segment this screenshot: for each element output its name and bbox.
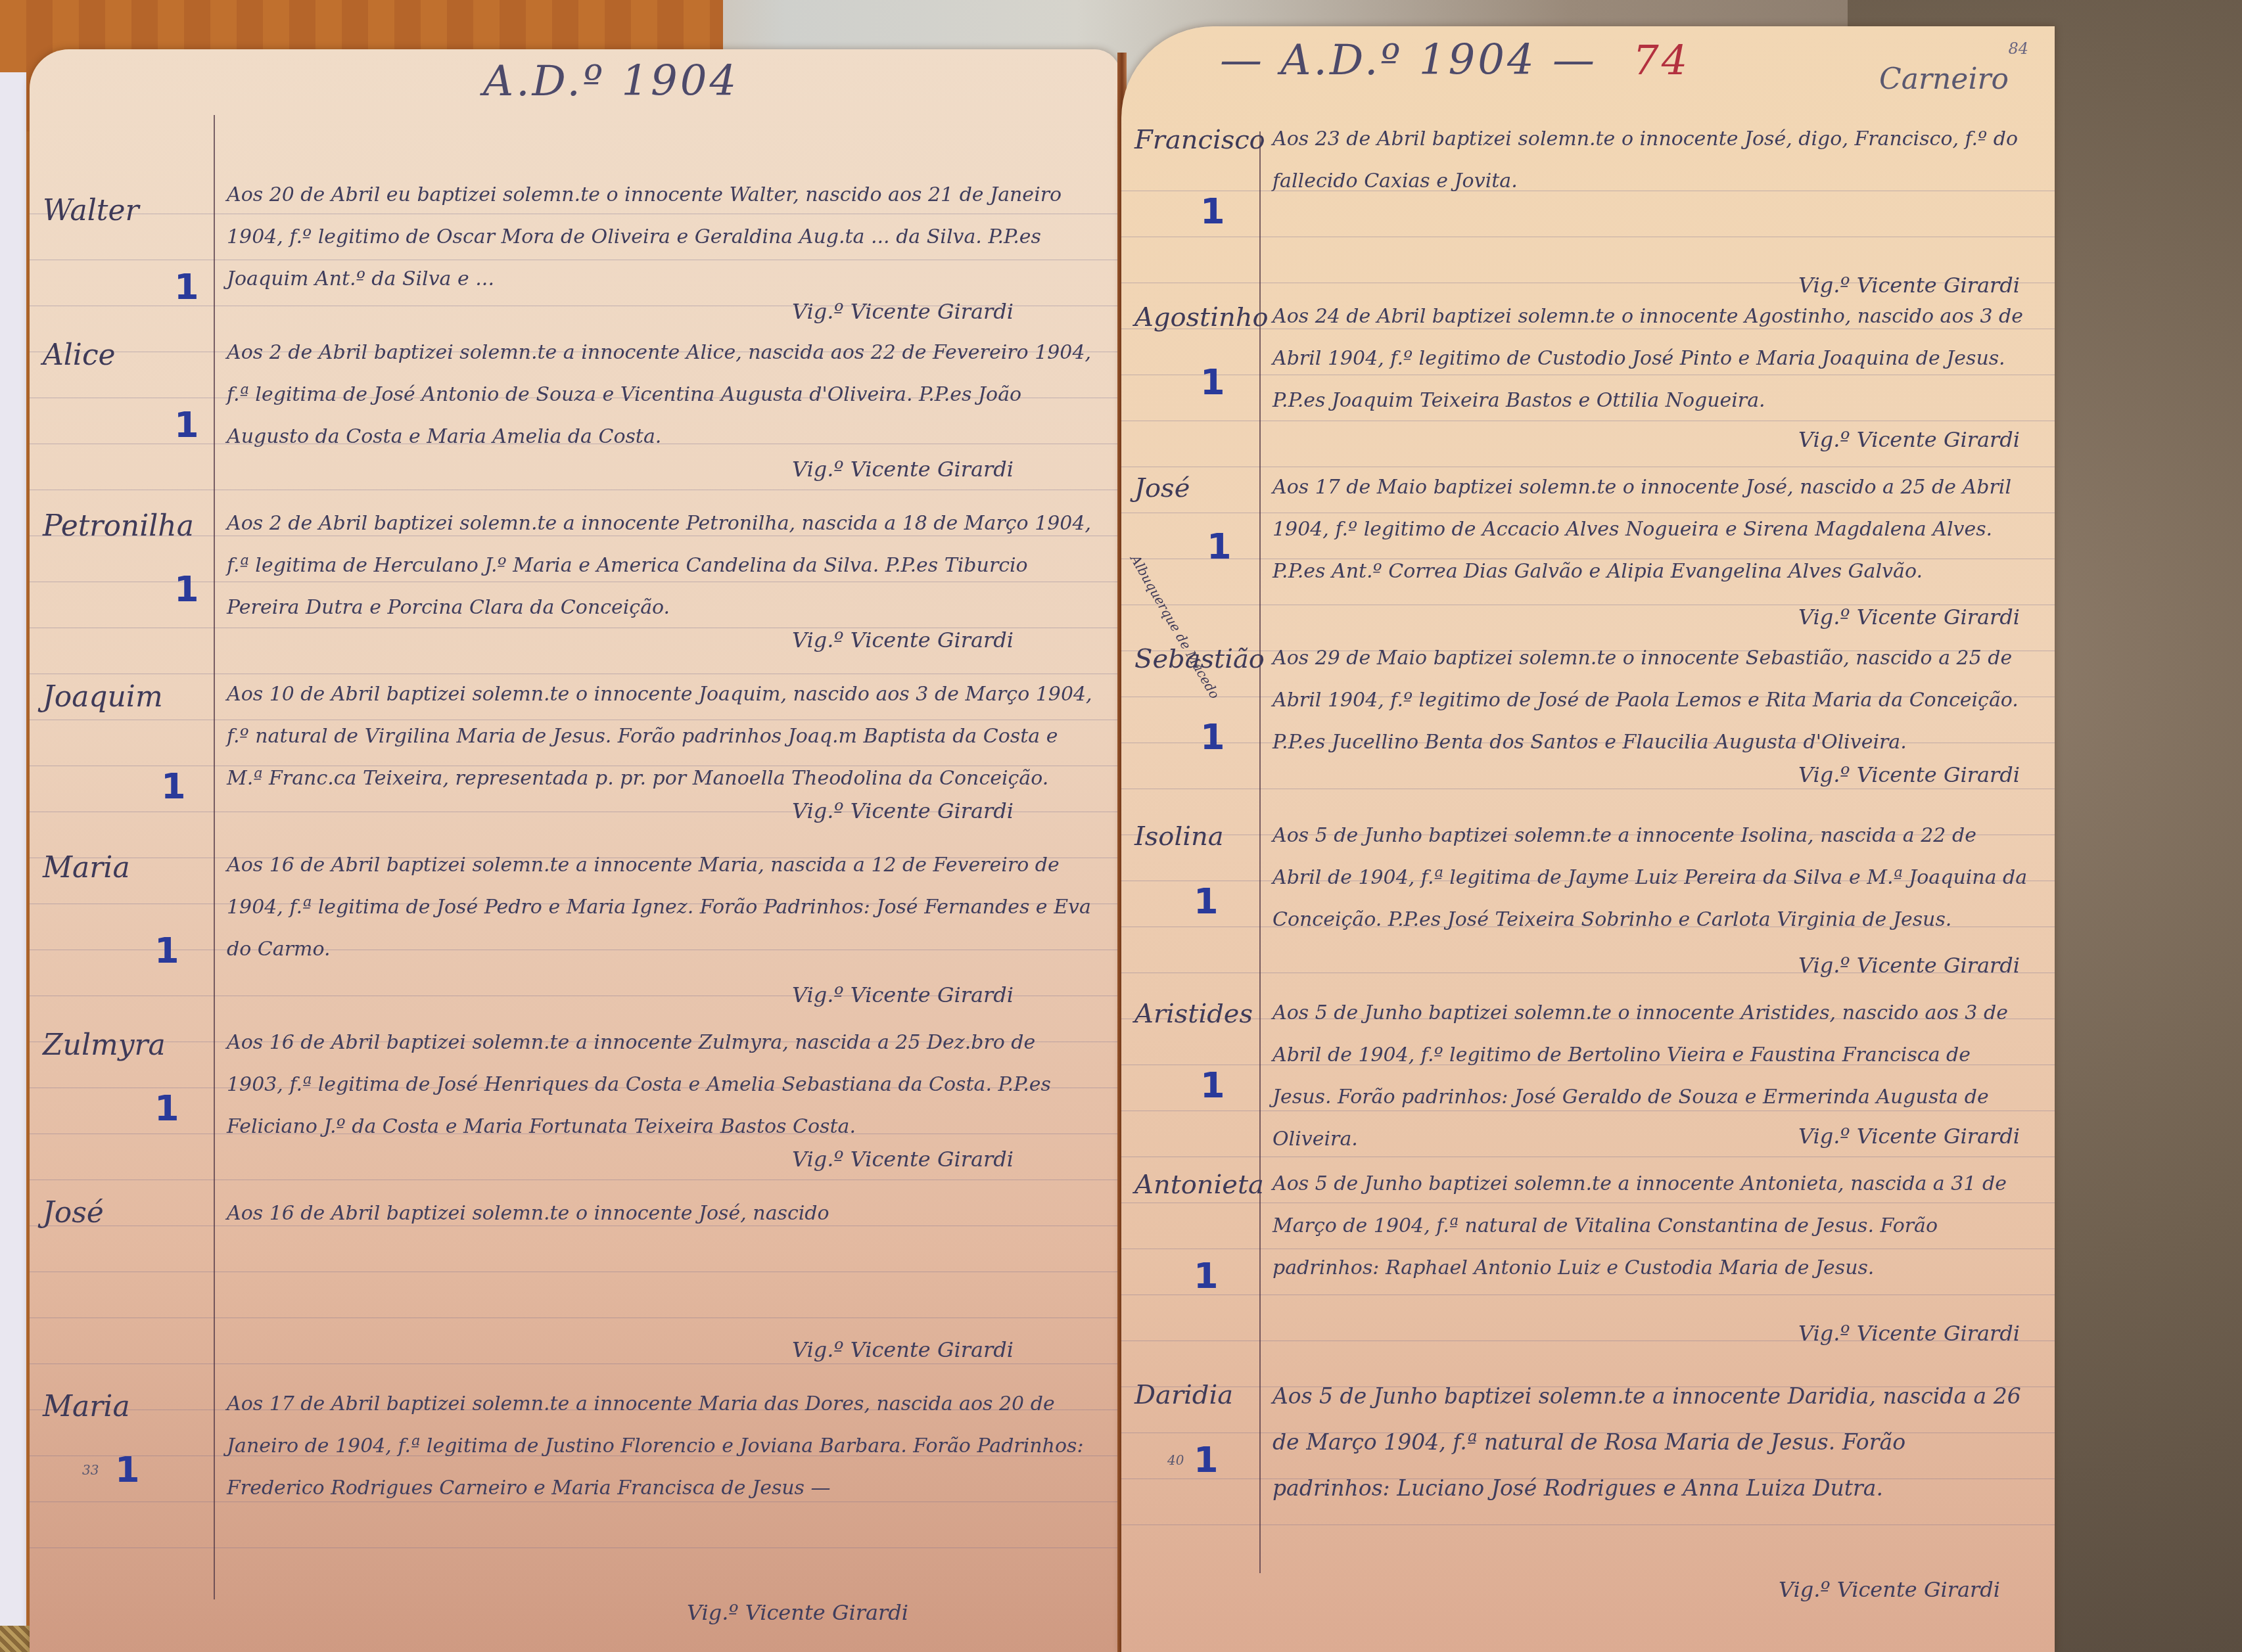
entry-signature: Vig.º Vicente Girardi [792, 457, 1014, 482]
entry-name: Petronilha [43, 509, 214, 543]
entry-signature: Vig.º Vicente Girardi [792, 1337, 1014, 1362]
entry-text: Aos 16 de Abril baptizei solemn.te o inn… [227, 1193, 1094, 1235]
entry-tally: 1 [1207, 526, 1232, 567]
entry-tally: 1 [1200, 1065, 1225, 1106]
margin-line [214, 115, 215, 1599]
entry-name: Francisco [1134, 125, 1266, 155]
entry-name: José [43, 1196, 214, 1229]
entry-text: Aos 17 de Maio baptizei solemn.te o inno… [1273, 467, 2028, 593]
entry-signature: Vig.º Vicente Girardi [1798, 1124, 2020, 1149]
entry-note: 40 [1167, 1452, 1184, 1468]
entry-text: Aos 16 de Abril baptizei solemn.te a inn… [227, 844, 1094, 971]
entry-text: Aos 5 de Junho baptizei solemn.te a inno… [1273, 815, 2028, 941]
entry-tally: 1 [1200, 716, 1225, 758]
entry-signature: Vig.º Vicente Girardi [792, 1147, 1014, 1172]
entry-name: Maria [43, 851, 214, 884]
white-sheet-edge [0, 72, 26, 1636]
entry-tally: 1 [174, 404, 199, 446]
entry-tally: 1 [1194, 881, 1219, 922]
entry-text: Aos 24 de Abril baptizei solemn.te o inn… [1273, 296, 2028, 422]
margin-line [1259, 131, 1261, 1573]
entry-text: Aos 2 de Abril baptizei solemn.te a inno… [227, 332, 1094, 458]
entry-tally: 1 [154, 1088, 179, 1129]
entry-signature: Vig.º Vicente Girardi [1798, 762, 2020, 787]
entry-name: Antonieta [1134, 1170, 1266, 1200]
entry-name: Daridia [1134, 1380, 1266, 1410]
entry-text: Aos 5 de Junho baptizei solemn.te a inno… [1273, 1373, 2028, 1511]
corner-annotation: Carneiro [1879, 62, 2009, 96]
entry-text: Aos 10 de Abril baptizei solemn.te o inn… [227, 674, 1094, 800]
entry-text: Aos 2 de Abril baptizei solemn.te a inno… [227, 503, 1094, 629]
entry-name: Aristides [1134, 999, 1266, 1029]
entry-tally: 1 [1200, 191, 1225, 232]
entry-note: Albuquerque de Macedo [1127, 552, 1223, 701]
entry-tally: 1 [115, 1449, 140, 1490]
entry-signature: Vig.º Vicente Girardi [792, 798, 1014, 823]
entry-tally: 1 [174, 568, 199, 610]
entry-name: Maria [43, 1390, 214, 1423]
entry-signature: Vig.º Vicente Girardi [792, 299, 1014, 324]
entry-tally: 1 [1200, 361, 1225, 403]
entry-signature: Vig.º Vicente Girardi [1779, 1577, 2000, 1602]
entry-name: Joaquim [43, 680, 214, 714]
entry-text: Aos 20 de Abril eu baptizei solemn.te o … [227, 174, 1094, 300]
entry-signature: Vig.º Vicente Girardi [792, 982, 1014, 1007]
right-page: — A.D.º 1904 — 74 84 Carneiro Francisco … [1121, 26, 2055, 1652]
page-header-year: A.D.º 1904 [483, 57, 739, 106]
entry-signature: Vig.º Vicente Girardi [1798, 1321, 2020, 1346]
entry-note: 33 [82, 1462, 99, 1478]
entry-name: Walter [43, 194, 214, 227]
entry-name: Isolina [1134, 821, 1266, 852]
entry-signature: Vig.º Vicente Girardi [687, 1600, 908, 1625]
folio-number: 74 [1633, 36, 1690, 84]
page-header-year: — A.D.º 1904 — 74 [1220, 36, 1690, 85]
entry-name: José [1134, 473, 1266, 503]
entry-tally: 1 [1194, 1255, 1219, 1296]
entry-tally: 1 [154, 930, 179, 971]
entry-signature: Vig.º Vicente Girardi [1798, 427, 2020, 452]
entry-name: Zulmyra [43, 1028, 214, 1062]
entry-name: Alice [43, 338, 214, 372]
entry-text: Aos 5 de Junho baptizei solemn.te a inno… [1273, 1163, 2028, 1289]
entry-text: Aos 23 de Abril baptizei solemn.te o inn… [1273, 118, 2028, 202]
entry-signature: Vig.º Vicente Girardi [1798, 953, 2020, 978]
entry-tally: 1 [174, 266, 199, 308]
entry-tally: 1 [1194, 1439, 1219, 1480]
left-page: A.D.º 1904 Walter 1 Aos 20 de Abril eu b… [30, 49, 1121, 1652]
entry-text: Aos 16 de Abril baptizei solemn.te a inn… [227, 1022, 1094, 1148]
entry-name: Sebastião [1134, 644, 1266, 674]
entry-signature: Vig.º Vicente Girardi [1798, 605, 2020, 630]
entry-text: Aos 29 de Maio baptizei solemn.te o inno… [1273, 637, 2028, 764]
header-year-text: — A.D.º 1904 — [1220, 36, 1597, 85]
entry-name: Agostinho [1134, 302, 1266, 333]
entry-tally: 1 [161, 766, 186, 807]
entry-signature: Vig.º Vicente Girardi [792, 628, 1014, 653]
entry-signature: Vig.º Vicente Girardi [1798, 273, 2020, 298]
corner-folio: 84 [2008, 39, 2028, 58]
entry-text: Aos 17 de Abril baptizei solemn.te a inn… [227, 1383, 1094, 1509]
